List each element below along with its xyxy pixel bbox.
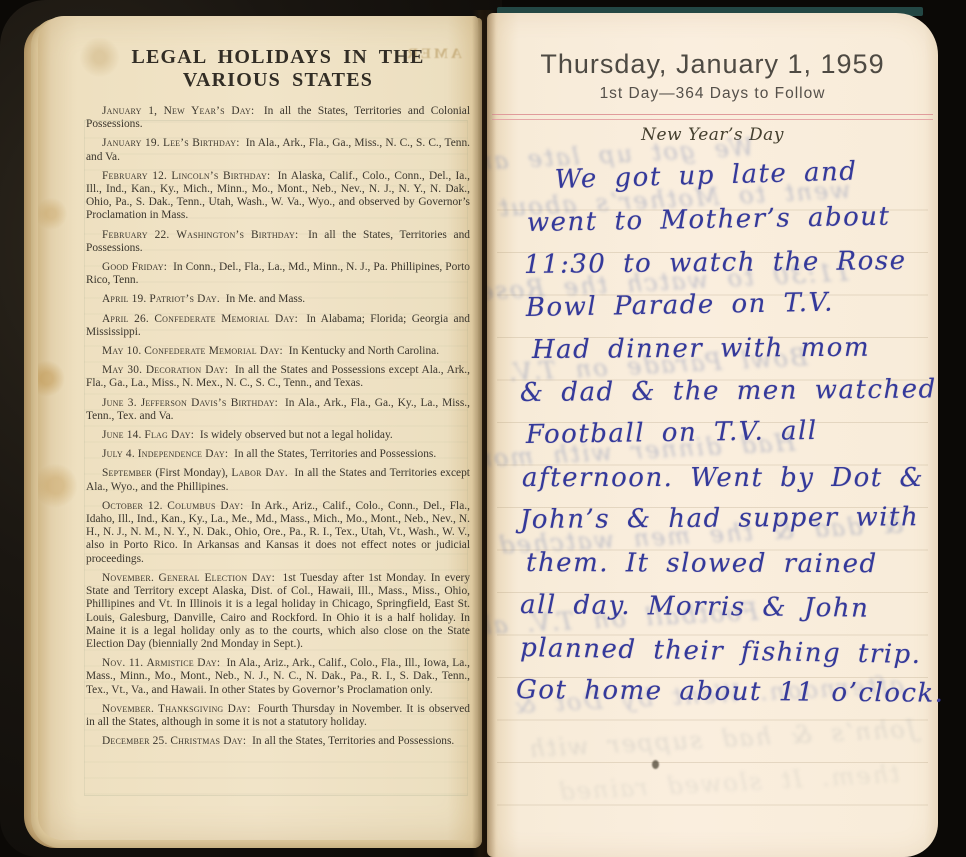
entry-description: In Me. and Mass. xyxy=(223,293,305,305)
entry-holiday-name: Lee’s Birthday: xyxy=(163,137,240,149)
entry-date: Nov. 11. xyxy=(102,657,143,669)
diary-line: John’s & had supper with xyxy=(520,502,932,547)
diary-line-text: We got up late and xyxy=(554,157,857,195)
entry-holiday-name: General Election Day: xyxy=(159,572,275,584)
entry-date: January 1, xyxy=(102,105,157,117)
holiday-entry: January 19. Lee’s Birthday: In Ala., Ark… xyxy=(86,137,470,163)
date-header: Thursday, January 1, 1959 xyxy=(487,49,938,80)
diary-line: 11:30 to watch the Rose xyxy=(524,246,932,293)
diary-line-text: & dad & the men watched xyxy=(520,374,937,408)
diary-line: them. It slowed rained xyxy=(526,548,932,592)
diary-line-text: Football on T.V. all xyxy=(526,416,818,450)
diary-line-text: Had dinner with mom xyxy=(532,333,870,365)
diary-line-text: 11:30 to watch the Rose xyxy=(524,246,907,280)
entry-description: In all the States, Territories and Posse… xyxy=(249,735,454,747)
holiday-entry: June 3. Jefferson Davis’s Birthday: In A… xyxy=(86,397,470,423)
diary-line: went to Mother’s about xyxy=(527,200,933,250)
holiday-entry: February 22. Washington’s Birthday: In a… xyxy=(86,229,470,255)
bleed-through-stroke: them. It slowed rained xyxy=(557,760,901,806)
entry-holiday-name: Good Friday: xyxy=(102,261,167,273)
entry-holiday-name: Lincoln’s Birthday: xyxy=(171,170,270,182)
diary-line: & dad & the men watched xyxy=(520,374,932,420)
holiday-entry: February 12. Lincoln’s Birthday: In Alas… xyxy=(86,170,470,223)
entry-date: November. xyxy=(102,572,154,584)
entry-date: January 19. xyxy=(102,137,160,149)
holiday-entry: April 19. Patriot’s Day. In Me. and Mass… xyxy=(86,293,470,306)
holidays-title-line2: VARIOUS STATES xyxy=(183,69,373,91)
entry-date: May 30. xyxy=(102,364,142,376)
entry-date: February 22. xyxy=(102,229,169,241)
entry-date: June 14. xyxy=(102,429,142,441)
diary-line-text: Bowl Parade on T.V. xyxy=(526,287,835,322)
diary-line: all day. Morris & John xyxy=(520,590,932,637)
entry-mid: (First Monday), xyxy=(152,467,232,479)
entry-holiday-name: Labor Day. xyxy=(231,467,287,479)
entry-date: April 19. xyxy=(102,293,146,305)
entry-holiday-name: Thanksgiving Day: xyxy=(158,703,251,715)
entry-holiday-name: Washington’s Birthday: xyxy=(176,229,298,241)
diary-line: We got up late and xyxy=(554,154,932,207)
holiday-entry: May 30. Decoration Day: In all the State… xyxy=(86,364,470,390)
entry-holiday-name: Patriot’s Day. xyxy=(149,293,220,305)
entry-date: April 26. xyxy=(102,313,149,325)
right-page: We got up late andwent to Mother’s about… xyxy=(487,13,938,857)
diary-line: Bowl Parade on T.V. xyxy=(526,285,933,335)
diary-line: afternoon. Went by Dot & xyxy=(522,463,932,506)
holiday-entry: May 10. Confederate Memorial Day: In Ken… xyxy=(86,345,470,358)
holiday-entry: April 26. Confederate Memorial Day: In A… xyxy=(86,313,470,339)
holiday-entry: September (First Monday), Labor Day. In … xyxy=(86,467,470,493)
holiday-entry: January 1, New Year’s Day: In all the St… xyxy=(86,105,470,131)
holiday-entry: November. Thanksgiving Day: Fourth Thurs… xyxy=(86,703,470,729)
diary-line: Had dinner with mom xyxy=(532,332,932,377)
holiday-label: New Year’s Day xyxy=(487,125,938,145)
entry-holiday-name: Jefferson Davis’s Birthday: xyxy=(141,397,278,409)
holiday-entry: December 25. Christmas Day: In all the S… xyxy=(86,735,470,748)
bleed-through-stroke: John’s & had supper with xyxy=(527,715,917,763)
holiday-entry: Good Friday: In Conn., Del., Fla., La., … xyxy=(86,261,470,287)
entry-description: In Kentucky and North Carolina. xyxy=(286,345,439,357)
entry-holiday-name: Flag Day: xyxy=(144,429,194,441)
entry-description: In all the States, Territories and Posse… xyxy=(231,448,436,460)
entry-date: July 4. xyxy=(102,448,135,460)
entry-date: October 12. xyxy=(102,500,163,512)
entry-date: December 25. xyxy=(102,735,168,747)
diary-line: Got home about 11 o’clock. xyxy=(516,675,932,721)
left-page: AMER LEGAL HOLIDAYS IN THE VARIOUS STATE… xyxy=(38,16,478,840)
diary-line-text: John’s & had supper with xyxy=(520,502,919,535)
entry-date: February 12. xyxy=(102,170,167,182)
entry-holiday-name: Columbus Day: xyxy=(167,500,243,512)
holiday-entry: July 4. Independence Day: In all the Sta… xyxy=(86,448,470,461)
diary-line: Football on T.V. all xyxy=(526,414,933,462)
entry-holiday-name: New Year’s Day: xyxy=(164,105,255,117)
holiday-entry: October 12. Columbus Day: In Ark., Ariz.… xyxy=(86,500,470,566)
holidays-title-line1: LEGAL HOLIDAYS IN THE xyxy=(131,46,424,68)
entry-date: September xyxy=(102,467,152,479)
entry-holiday-name: Armistice Day: xyxy=(146,657,220,669)
entry-description: Is widely observed but not a legal holid… xyxy=(197,429,393,441)
holiday-entry: Nov. 11. Armistice Day: In Ala., Ariz., … xyxy=(86,657,470,697)
holiday-entry-list: January 1, New Year’s Day: In all the St… xyxy=(86,105,470,748)
diary-entry: We got up late and went to Mother’s abou… xyxy=(511,165,932,718)
diary-line-text: planned their fishing trip. xyxy=(520,633,922,670)
holiday-entry: June 14. Flag Day: Is widely observed bu… xyxy=(86,429,470,442)
diary-line-text: all day. Morris & John xyxy=(520,590,870,624)
entry-holiday-name: Confederate Memorial Day: xyxy=(144,345,283,357)
diary-line-text: Got home about 11 o’clock. xyxy=(516,675,945,709)
diary-line-text: them. It slowed rained xyxy=(526,548,878,579)
entry-holiday-name: Confederate Memorial Day: xyxy=(154,313,298,325)
day-counter: 1st Day—364 Days to Follow xyxy=(487,85,938,103)
holidays-title: LEGAL HOLIDAYS IN THE VARIOUS STATES xyxy=(86,46,470,92)
entry-holiday-name: Decoration Day: xyxy=(146,364,228,376)
diary-line-text: went to Mother’s about xyxy=(527,201,891,237)
entry-holiday-name: Independence Day: xyxy=(138,448,228,460)
entry-date: November. xyxy=(102,703,154,715)
entry-date: May 10. xyxy=(102,345,141,357)
diary-line-text: afternoon. Went by Dot & xyxy=(522,463,924,493)
entry-date: June 3. xyxy=(102,397,137,409)
red-rule xyxy=(492,114,933,120)
smudge-mark xyxy=(652,760,659,769)
entry-holiday-name: Christmas Day: xyxy=(170,735,246,747)
holiday-entry: November. General Election Day: 1st Tues… xyxy=(86,572,470,651)
